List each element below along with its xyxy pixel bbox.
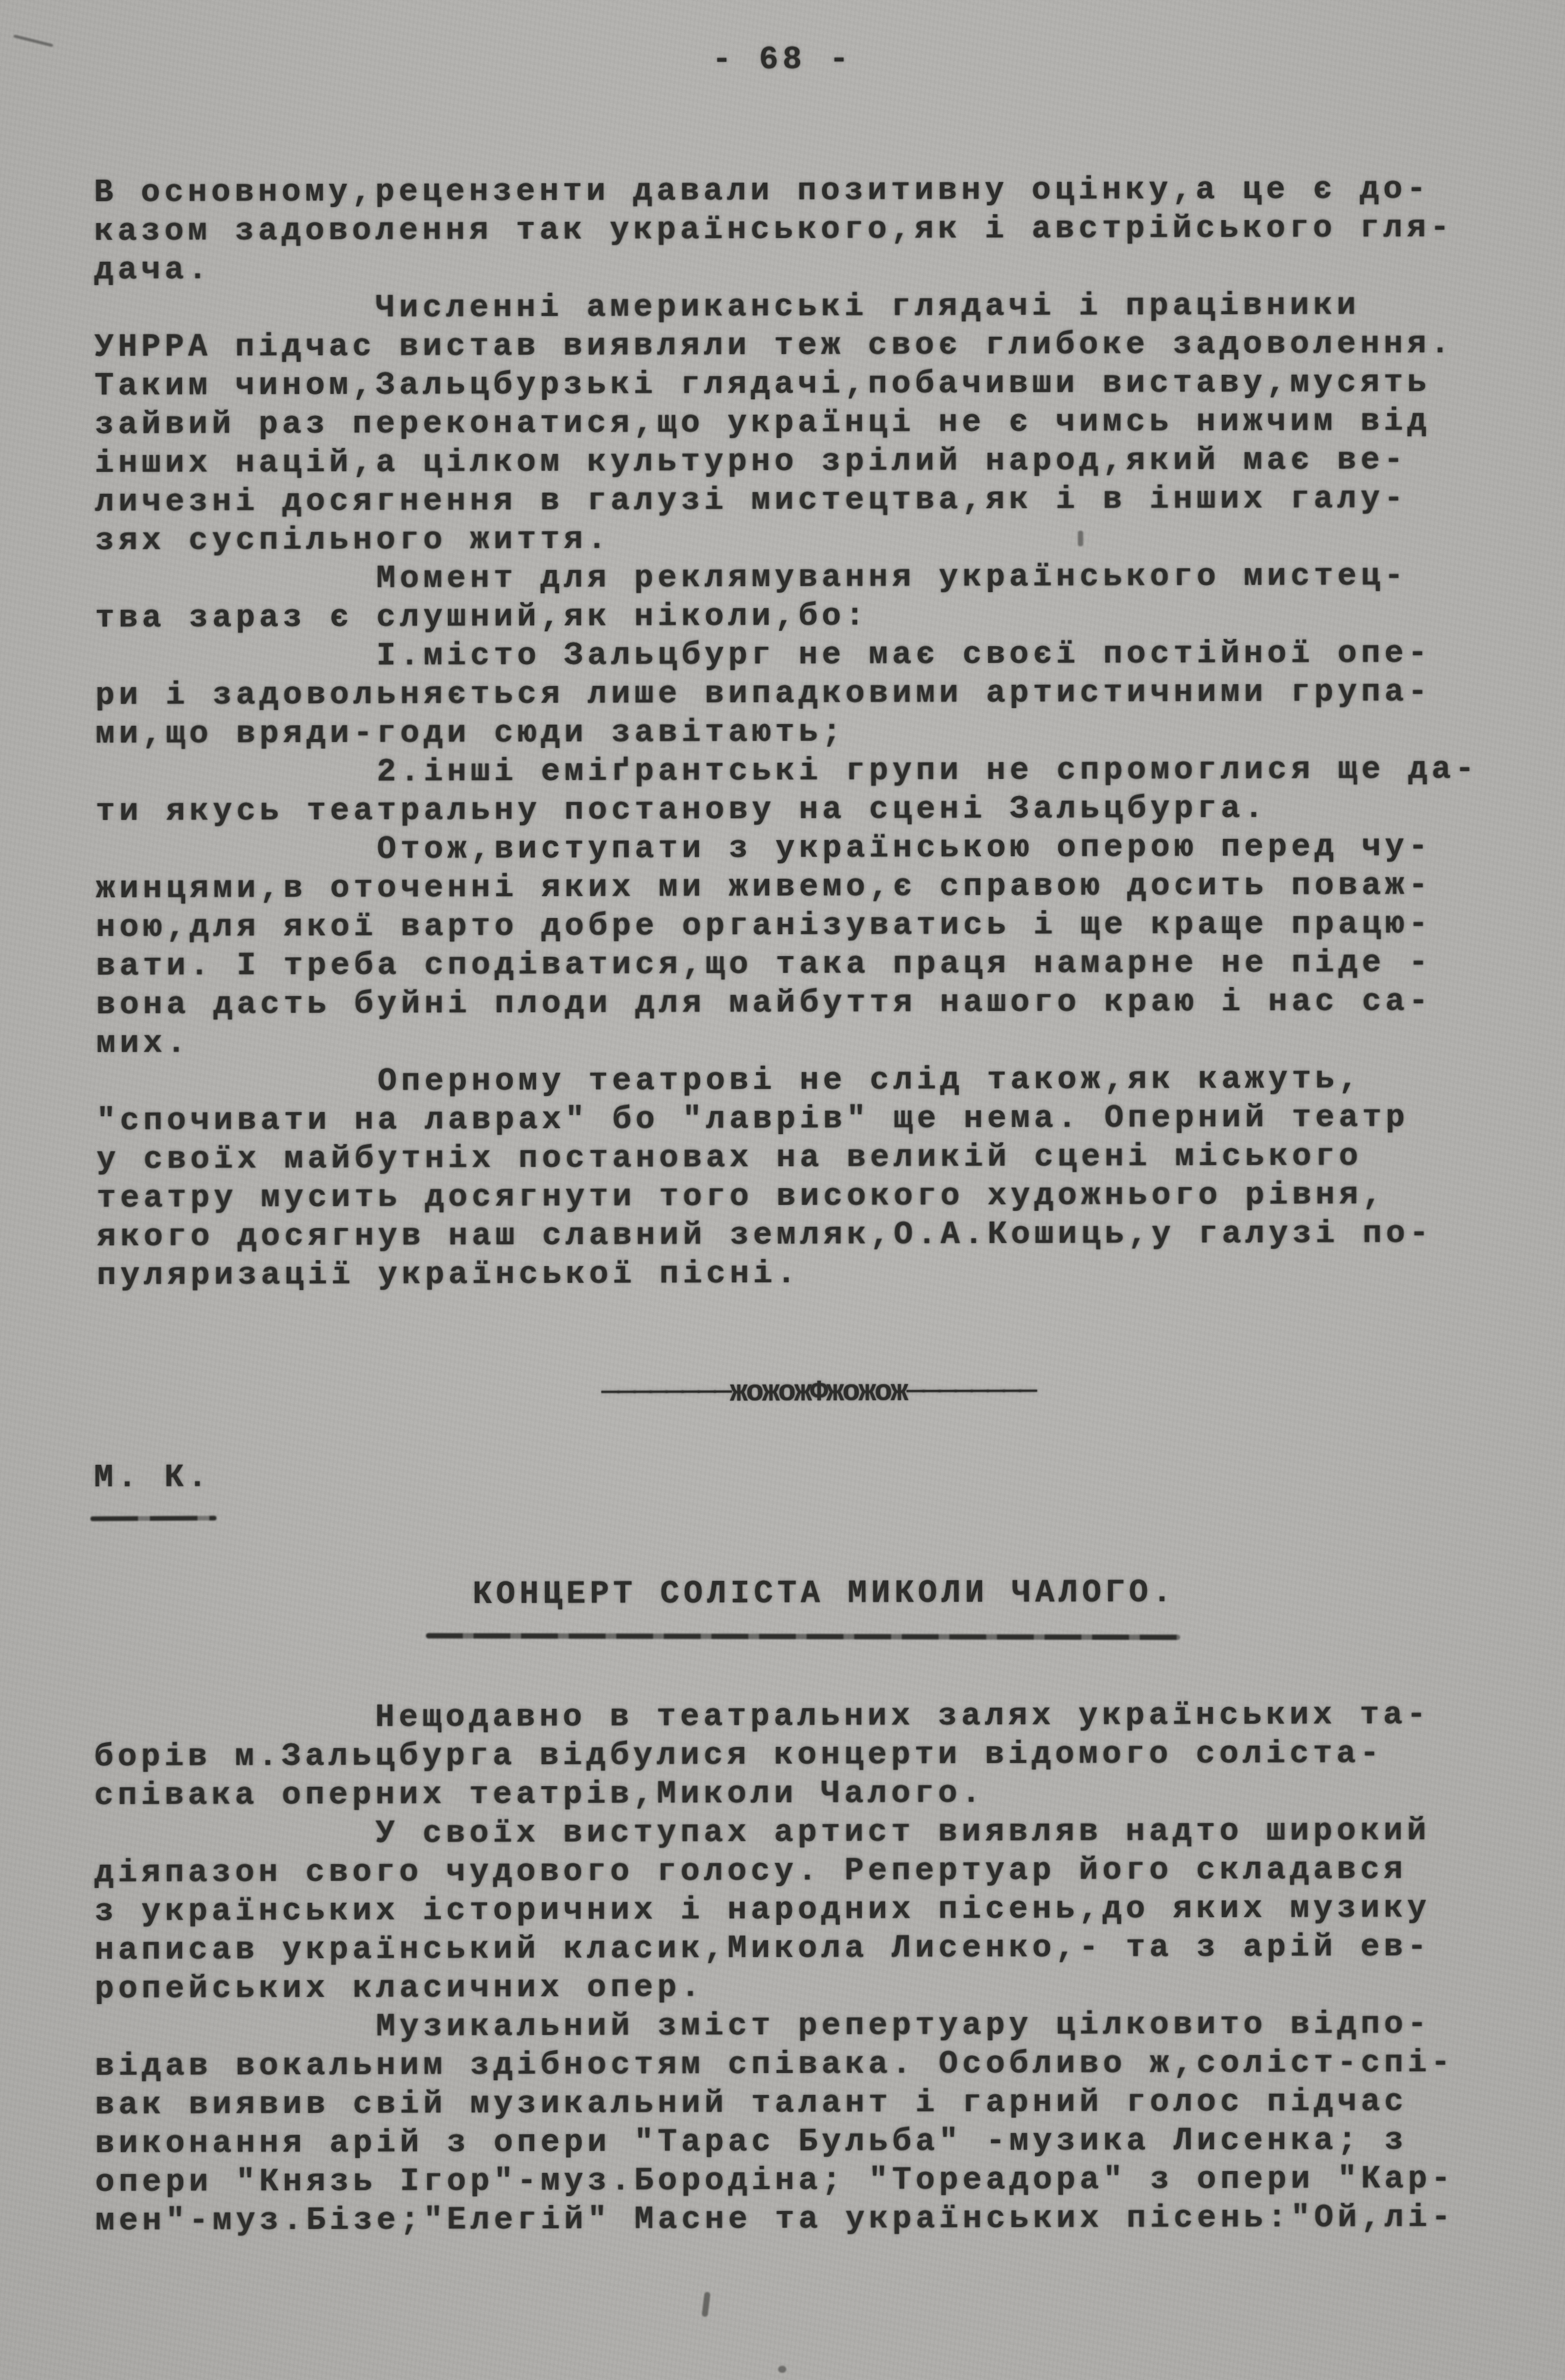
section-divider-ornament: ────────жожожФжожож────────	[36, 1371, 1565, 1414]
article2-body: Нещодавно в театральних залях українськи…	[94, 1696, 1523, 2241]
paper-speck	[701, 2292, 710, 2318]
paper-speck	[1078, 531, 1083, 546]
article-body-continuation: В основному,рецензенти давали позитивну …	[94, 170, 1525, 1295]
author-initials-underline	[90, 1515, 217, 1521]
article-title: КОНЦЕРТ СОЛІСТА МИКОЛИ ЧАЛОГО.	[42, 1573, 1565, 1615]
scanned-page: - 68 - В основному,рецензенти давали поз…	[0, 0, 1565, 2380]
author-initials: М. К.	[94, 1458, 211, 1498]
page-number: - 68 -	[0, 39, 1565, 82]
paper-speck	[778, 2366, 786, 2373]
article-title-underline	[426, 1633, 1180, 1640]
